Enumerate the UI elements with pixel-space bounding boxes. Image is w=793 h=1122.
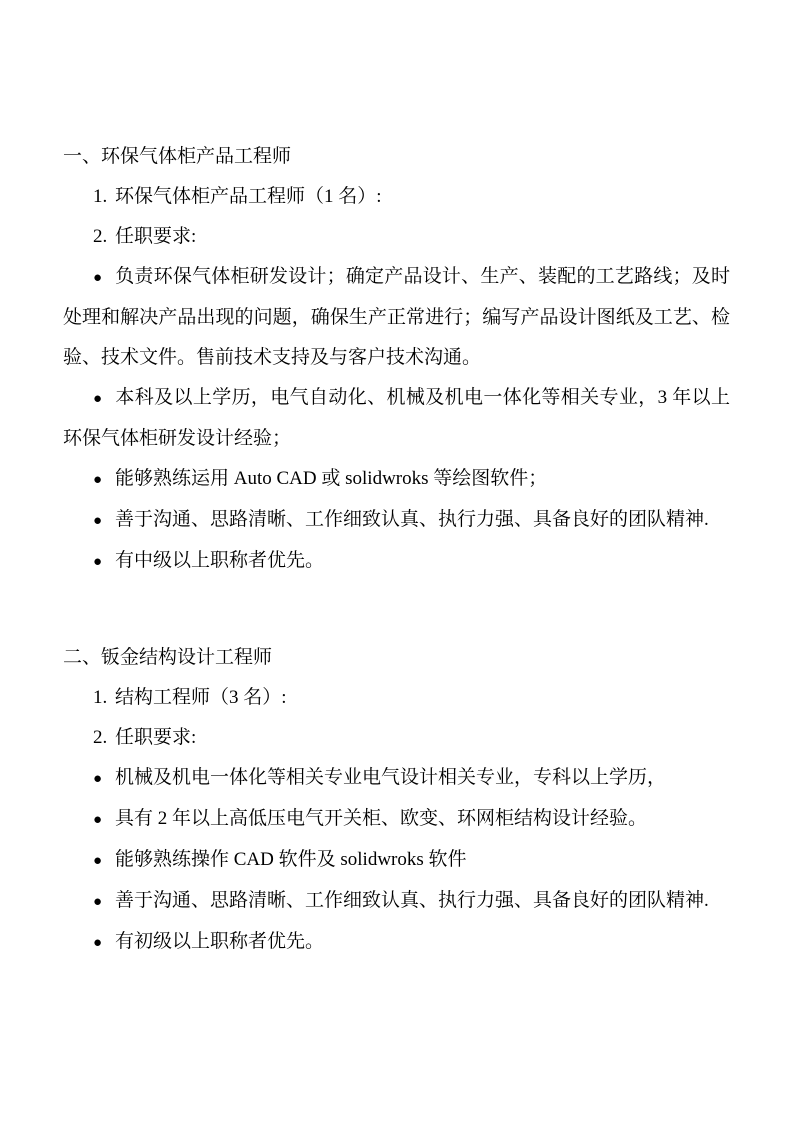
bullet-item: ●本科及以上学历，电气自动化、机械及机电一体化等相关专业，3 年以上环保气体柜研… [63,378,730,459]
bullet-text: 负责环保气体柜研发设计；确定产品设计、生产、装配的工艺路线；及时处理和解决产品出… [63,266,730,368]
bullet-text: 有中级以上职称者优先。 [115,550,324,571]
bullet-icon: ● [93,841,115,881]
bullet-icon: ● [93,542,115,582]
section-sheet-metal-engineer: 二、钣金结构设计工程师 1.结构工程师（3 名）: 2.任职要求: ●机械及机电… [63,638,730,963]
bullet-text: 能够熟练操作 CAD 软件及 solidwroks 软件 [115,849,467,870]
bullet-text: 机械及机电一体化等相关专业电气设计相关专业，专科以上学历， [115,767,666,788]
bullet-text: 能够熟练运用 Auto CAD 或 solidwroks 等绘图软件； [115,468,547,489]
bullet-text: 善于沟通、思路清晰、工作细致认真、执行力强、具备良好的团队精神. [115,890,709,911]
bullet-item: ●有初级以上职称者优先。 [63,922,730,963]
item-text: 结构工程师（3 名）: [115,687,287,708]
item-text: 环保气体柜产品工程师（1 名）: [115,186,382,207]
document-page: 一、环保气体柜产品工程师 1.环保气体柜产品工程师（1 名）: 2.任职要求: … [0,0,793,1122]
item-text: 任职要求: [115,226,196,247]
bullet-text: 有初级以上职称者优先。 [115,931,324,952]
section-heading: 一、环保气体柜产品工程师 [63,137,730,177]
bullet-item: ●机械及机电一体化等相关专业电气设计相关专业，专科以上学历， [63,758,730,799]
bullet-item: ●具有 2 年以上高低压电气开关柜、欧变、环网柜结构设计经验。 [63,799,730,840]
item-text: 任职要求: [115,727,196,748]
bullet-item: ●善于沟通、思路清晰、工作细致认真、执行力强、具备良好的团队精神. [63,881,730,922]
item-number: 2. [93,718,115,758]
section-heading: 二、钣金结构设计工程师 [63,638,730,678]
bullet-text: 善于沟通、思路清晰、工作细致认真、执行力强、具备良好的团队精神. [115,509,709,530]
bullet-item: ●能够熟练运用 Auto CAD 或 solidwroks 等绘图软件； [63,459,730,500]
numbered-item: 2.任职要求: [63,217,730,257]
bullet-icon: ● [93,759,115,799]
bullet-item: ●负责环保气体柜研发设计；确定产品设计、生产、装配的工艺路线；及时处理和解决产品… [63,257,730,378]
bullet-item: ●有中级以上职称者优先。 [63,541,730,582]
numbered-item: 2.任职要求: [63,718,730,758]
bullet-icon: ● [93,501,115,541]
section-gas-cabinet-engineer: 一、环保气体柜产品工程师 1.环保气体柜产品工程师（1 名）: 2.任职要求: … [63,137,730,582]
bullet-text: 具有 2 年以上高低压电气开关柜、欧变、环网柜结构设计经验。 [115,808,647,829]
item-number: 1. [93,177,115,217]
bullet-item: ●善于沟通、思路清晰、工作细致认真、执行力强、具备良好的团队精神. [63,500,730,541]
bullet-icon: ● [93,882,115,922]
bullet-icon: ● [93,460,115,500]
bullet-text: 本科及以上学历，电气自动化、机械及机电一体化等相关专业，3 年以上环保气体柜研发… [63,387,730,449]
item-number: 1. [93,678,115,718]
numbered-item: 1.环保气体柜产品工程师（1 名）: [63,177,730,217]
bullet-icon: ● [93,800,115,840]
numbered-item: 1.结构工程师（3 名）: [63,678,730,718]
bullet-item: ●能够熟练操作 CAD 软件及 solidwroks 软件 [63,840,730,881]
item-number: 2. [93,217,115,257]
bullet-icon: ● [93,379,115,419]
bullet-icon: ● [93,923,115,963]
bullet-icon: ● [93,258,115,298]
